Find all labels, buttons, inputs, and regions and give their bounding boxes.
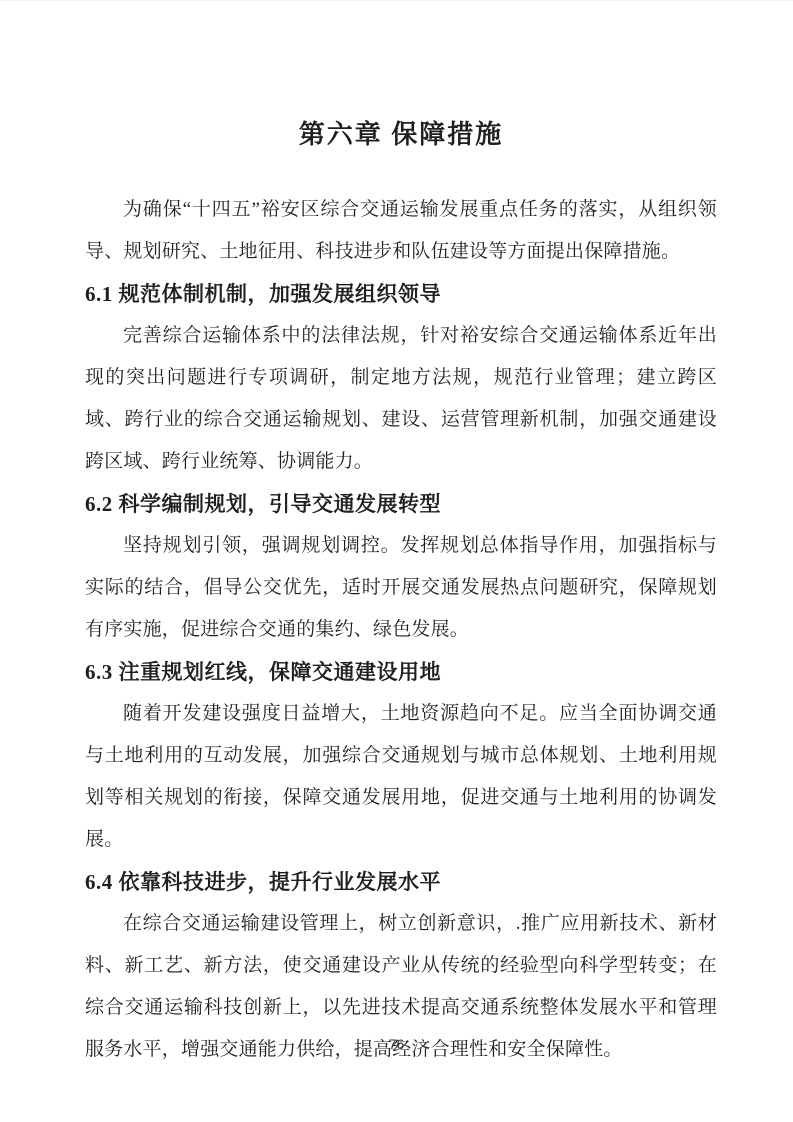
section-heading-6-4: 6.4 依靠科技进步，提升行业发展水平 — [85, 861, 717, 903]
chapter-title: 第六章 保障措施 — [85, 115, 717, 155]
section-heading-6-3: 6.3 注重规划红线，保障交通建设用地 — [85, 651, 717, 693]
page-number: 76 — [0, 1036, 793, 1052]
section-heading-6-1: 6.1 规范体制机制，加强发展组织领导 — [85, 273, 717, 315]
intro-paragraph: 为确保“十四五”裕安区综合交通运输发展重点任务的落实，从组织领导、规划研究、土地… — [85, 189, 717, 273]
document-page: 第六章 保障措施 为确保“十四五”裕安区综合交通运输发展重点任务的落实，从组织领… — [0, 0, 793, 1122]
section-heading-6-2: 6.2 科学编制规划，引导交通发展转型 — [85, 483, 717, 525]
section-body-6-3: 随着开发建设强度日益增大，土地资源趋向不足。应当全面协调交通与土地利用的互动发展… — [85, 693, 717, 861]
page-content: 第六章 保障措施 为确保“十四五”裕安区综合交通运输发展重点任务的落实，从组织领… — [0, 1, 793, 1071]
section-body-6-1: 完善综合运输体系中的法律法规，针对裕安综合交通运输体系近年出现的突出问题进行专项… — [85, 315, 717, 483]
section-body-6-2: 坚持规划引领，强调规划调控。发挥规划总体指导作用，加强指标与实际的结合，倡导公交… — [85, 525, 717, 651]
